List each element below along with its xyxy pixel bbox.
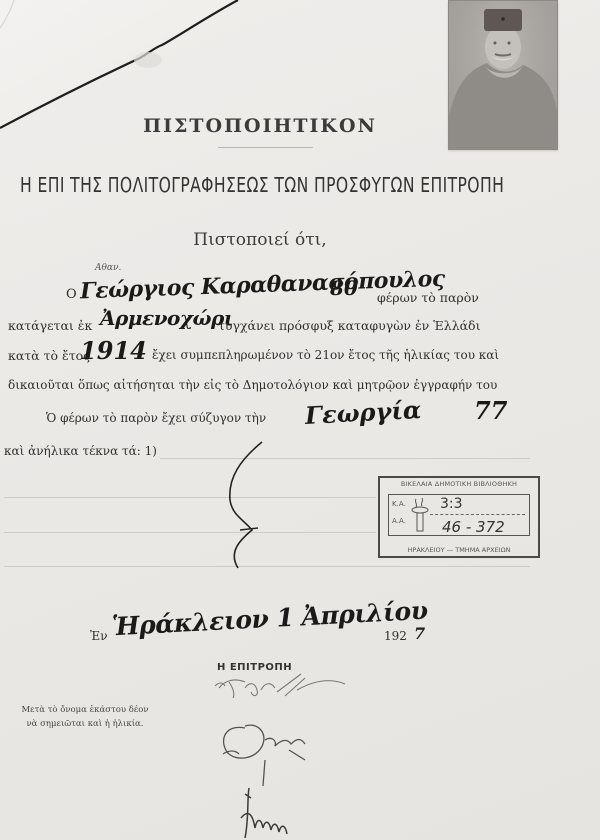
stamp-department: ΗΡΑΚΛΕΙΟΥ — ΤΜΗΜΑ ΑΡΧΕΙΩΝ: [384, 546, 534, 554]
certifies-label: Πιστοποιεί ότι,: [0, 230, 520, 250]
stamp-divider: [430, 514, 525, 515]
children-label: καὶ ἀνήλικα τέκνα τά: 1): [4, 444, 157, 458]
handwritten-spouse-name: Γεωργία: [304, 395, 422, 430]
line2-prefix: κατάγεται ἐκ: [8, 318, 92, 333]
year-prefix: 192: [384, 629, 407, 643]
handwritten-year-digit: 7: [414, 624, 425, 643]
line4-text: δικαιοῦται ὅπως αἰτήσηται τὴν εἰς τὸ Δημ…: [8, 378, 497, 392]
line1-suffix: φέρων τὸ παρὸν: [377, 290, 479, 305]
committee-signatures: [205, 668, 365, 840]
children-blank-line-2: [4, 497, 376, 498]
footnote-line-2: νὰ σημειῶται καὶ ἡ ἡλικία.: [4, 717, 166, 731]
stamp-aa-label: Α.Α.: [392, 517, 406, 525]
line3-prefix: κατὰ τὸ ἔτος: [8, 348, 90, 363]
issuing-committee-heading: Η ΕΠΙ ΤΗΣ ΠΟΛΙΤΟΓΡΑΦΗΣΕΩΣ ΤΩΝ ΠΡΟΣΦΥΓΩΝ …: [20, 173, 426, 197]
torch-emblem-icon: [410, 496, 430, 534]
handwritten-origin: Ἀρμενοχώρι: [100, 306, 233, 330]
stamp-ka-label: Κ.Α.: [392, 500, 406, 508]
handwritten-spouse-age: 77: [474, 396, 507, 425]
signature-2: [223, 725, 305, 786]
handwritten-refuge-year: 1914: [80, 336, 147, 365]
document-page: ΠΙΣΤΟΠΟΙΗΤΙΚΟΝ Η ΕΠΙ ΤΗΣ ΠΟΛΙΤΟΓΡΑΦΗΣΕΩΣ…: [0, 0, 600, 840]
signature-1: [215, 674, 345, 698]
handwritten-holder-age: 80: [330, 276, 358, 300]
archive-stamp: ΒΙΚΕΛΑΙΑ ΔΗΜΟΤΙΚΗ ΒΙΒΛΙΟΘΗΚΗ Κ.Α. Α.Α. 3…: [378, 476, 540, 558]
document-title: ΠΙΣΤΟΠΟΙΗΤΙΚΟΝ: [0, 115, 520, 137]
line2-suffix: τυγχάνει πρόσφυξ καταφυγὼν ἐν Ἑλλάδι: [218, 318, 481, 333]
handwritten-name-annotation: Αθαν.: [95, 263, 121, 273]
stamp-aa-value: 46 - 372: [442, 518, 505, 536]
handwritten-place-date: Ἡράκλειον 1 Ἀπριλίου: [111, 596, 428, 641]
title-divider: [218, 147, 313, 148]
signature-3: [241, 788, 287, 838]
children-blank-line-3: [4, 532, 376, 533]
line1-prefix: Ο: [66, 287, 77, 302]
line3-suffix: ἔχει συμπεπληρωμένον τὸ 21ον ἔτος τῆς ἡλ…: [152, 348, 499, 362]
place-date-prefix: Ἐν: [90, 629, 108, 643]
footnote-age-instruction: Μετὰ τὸ ὄνομα ἑκάστου δέον νὰ σημειῶται …: [4, 703, 166, 731]
stamp-library-name: ΒΙΚΕΛΑΙΑ ΔΗΜΟΤΙΚΗ ΒΙΒΛΙΟΘΗΚΗ: [384, 480, 534, 488]
stamp-ka-value: 3:3: [440, 496, 463, 512]
line5-prefix: Ὁ φέρων τὸ παρὸν ἔχει σύζυγον τὴν: [46, 411, 266, 425]
handwritten-brace-mark: [210, 440, 270, 570]
footnote-line-1: Μετὰ τὸ ὄνομα ἑκάστου δέον: [4, 703, 166, 717]
